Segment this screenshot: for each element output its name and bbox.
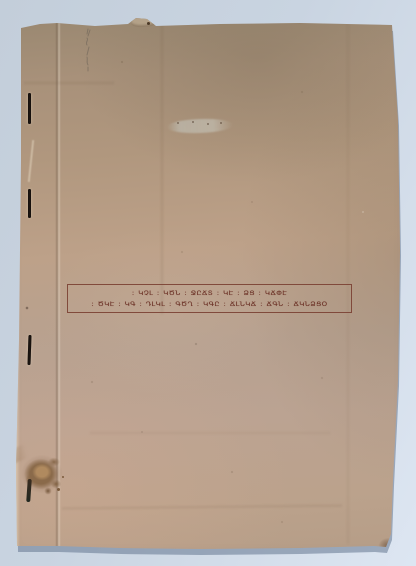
ink-speck bbox=[147, 22, 150, 25]
binding-stitch-thread bbox=[27, 335, 31, 365]
binding-stitch-thread bbox=[28, 189, 31, 218]
ink-speck bbox=[177, 122, 179, 124]
booklet-cover: : ԿՉԼ : ԿԾՆ : ՋԸՃՏ : ԿԷ : ՁՑ : ԿՃՓԷ : ԾԿ… bbox=[0, 0, 416, 566]
top-edge-tear bbox=[131, 16, 157, 28]
vertical-crease bbox=[161, 24, 163, 314]
photo-of-booklet: : ԿՉԼ : ԿԾՆ : ՋԸՃՏ : ԿԷ : ՁՑ : ԿՃՓԷ : ԾԿ… bbox=[0, 0, 416, 566]
surface-scratch bbox=[28, 140, 34, 182]
stain-blot bbox=[16, 446, 68, 504]
binding-stitch-thread bbox=[28, 93, 31, 124]
horizontal-crease bbox=[90, 432, 330, 434]
horizontal-crease bbox=[62, 505, 342, 510]
rubber-stamp-box: : ԿՉԼ : ԿԾՆ : ՋԸՃՏ : ԿԷ : ՁՑ : ԿՃՓԷ : ԾԿ… bbox=[67, 284, 352, 313]
ink-speck bbox=[207, 123, 209, 125]
stamp-text-line-2: : ԾԿԷ : ԿԳ : ԴԼԿԼ : ԳԾՂ : ԿԳԸ : ՃԼՆԿՃ : … bbox=[91, 299, 327, 308]
stamp-text-line-1: : ԿՉԼ : ԿԾՆ : ՋԸՃՏ : ԿԷ : ՁՑ : ԿՃՓԷ bbox=[132, 288, 287, 297]
eraser-smudge bbox=[167, 118, 233, 134]
horizontal-crease bbox=[24, 82, 114, 84]
ink-speck bbox=[192, 121, 194, 123]
pencil-scribble bbox=[80, 27, 98, 73]
ink-speck bbox=[220, 122, 222, 124]
stain-droplet bbox=[57, 488, 60, 491]
stain-droplet bbox=[62, 476, 64, 478]
